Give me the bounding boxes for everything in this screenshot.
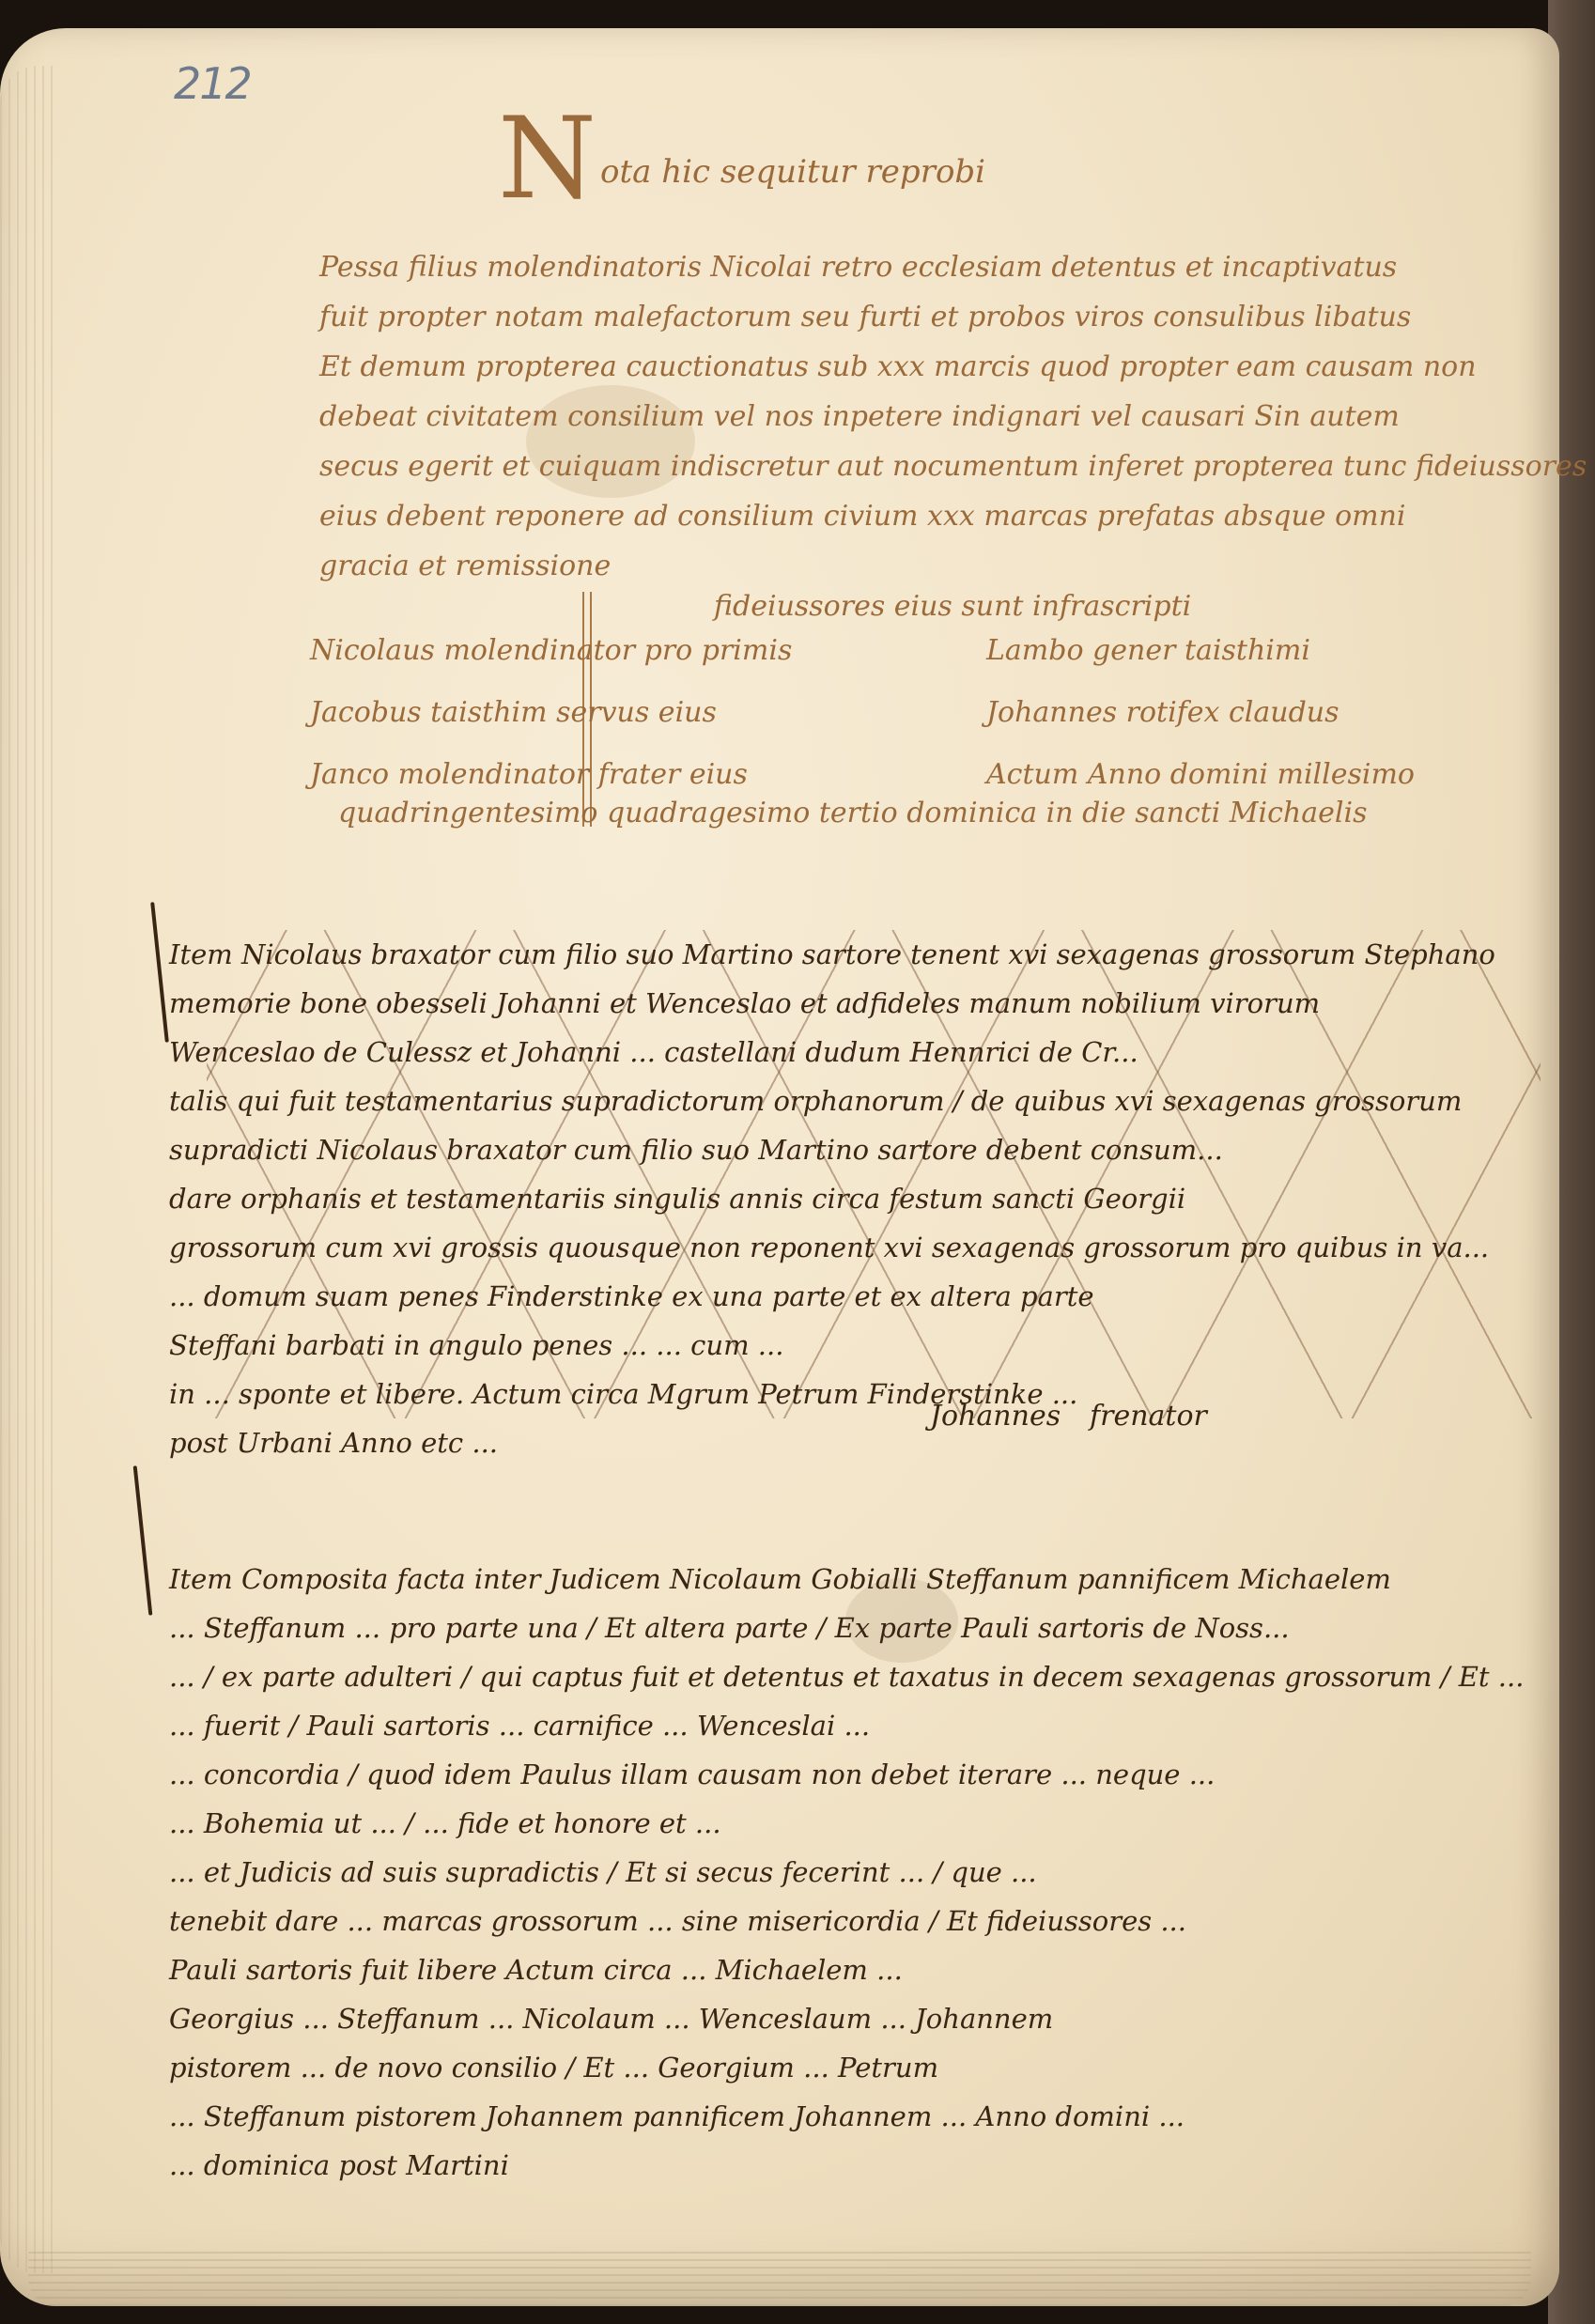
surety-name: Nicolaus molendinator pro primis [310,620,792,682]
entry-1: Pessa filius molendinatoris Nicolai retr… [319,242,1587,591]
entry-2: Item Nicolaus braxator cum filio suo Mar… [169,930,1495,1467]
entry-2-line: post Urbani Anno etc ... [169,1418,1495,1467]
entry-2-line: Steffani barbati in angulo penes ... ...… [169,1321,1495,1370]
entry-1-line: fuit propter notam malefactorum seu furt… [319,292,1587,342]
entry-2-line: memorie bone obesseli Johanni et Wencesl… [169,979,1495,1028]
entry-2-line: supradicti Nicolaus braxator cum filio s… [169,1125,1495,1174]
heading-text: ota hic sequitur reprobi [600,153,985,191]
entry-3-line: ... concordia / quod idem Paulus illam c… [169,1750,1524,1799]
entry-2-line: dare orphanis et testamentariis singulis… [169,1174,1495,1223]
entry-3-line: ... / ex parte adulteri / qui captus fui… [169,1652,1524,1701]
entry-2-line: Wenceslao de Culessz et Johanni ... cast… [169,1028,1495,1077]
entry-1-line: secus egerit et cuiquam indiscretur aut … [319,442,1587,491]
scribe-role: frenator [1090,1400,1207,1433]
entry-3: Item Composita facta inter Judicem Nicol… [169,1555,1524,2190]
entry-3-line: Item Composita facta inter Judicem Nicol… [169,1555,1524,1604]
sureties-right-column: Lambo gener taisthimi Johannes rotifex c… [986,620,1415,806]
entry-2-line: Item Nicolaus braxator cum filio suo Mar… [169,930,1495,979]
entry-1-line: debeat civitatem consilium vel nos inpet… [319,392,1587,442]
entry-1-line: eius debent reponere ad consilium civium… [319,491,1587,541]
entry-1-line: gracia et remissione [319,541,1587,591]
entry-1-line: Pessa filius molendinatoris Nicolai retr… [319,242,1587,292]
scribe-signature: Johannes [930,1400,1061,1433]
entry-2-line: grossorum cum xvi grossis quousque non r… [169,1223,1495,1272]
entry-3-line: tenebit dare ... marcas grossorum ... si… [169,1897,1524,1945]
decorated-initial: N [498,94,596,225]
entry-1-line: Et demum propterea cauctionatus sub xxx … [319,342,1587,392]
entry-2-line: in ... sponte et libere. Actum circa Mgr… [169,1370,1495,1418]
surety-name: Lambo gener taisthimi [986,620,1415,682]
entry-2-line: ... domum suam penes Finderstinke ex una… [169,1272,1495,1321]
sureties-left-column: Nicolaus molendinator pro primis Jacobus… [310,620,792,806]
entry-3-line: ... dominica post Martini [169,2141,1524,2190]
entry-3-line: ... Bohemia ut ... / ... fide et honore … [169,1799,1524,1848]
surety-name: Johannes rotifex claudus [986,682,1415,744]
folio-number: 212 [174,58,251,109]
entry-1-date-line: quadringentesimo quadragesimo tertio dom… [338,797,1367,829]
entry-2-line: talis qui fuit testamentarius supradicto… [169,1077,1495,1125]
entry-3-line: Georgius ... Steffanum ... Nicolaum ... … [169,1994,1524,2043]
entry-3-line: ... Steffanum ... pro parte una / Et alt… [169,1604,1524,1652]
section-heading: Nota hic sequitur reprobi [498,113,985,207]
entry-3-line: ... fuerit / Pauli sartoris ... carnific… [169,1701,1524,1750]
entry-3-line: Pauli sartoris fuit libere Actum circa .… [169,1945,1524,1994]
entry-3-line: pistorem ... de novo consilio / Et ... G… [169,2043,1524,2092]
entry-3-line: ... Steffanum pistorem Johannem pannific… [169,2092,1524,2141]
entry-3-line: ... et Judicis ad suis supradictis / Et … [169,1848,1524,1897]
surety-name: Jacobus taisthim servus eius [310,682,792,744]
sureties-heading: fideiussores eius sunt infrascripti [714,590,1191,623]
